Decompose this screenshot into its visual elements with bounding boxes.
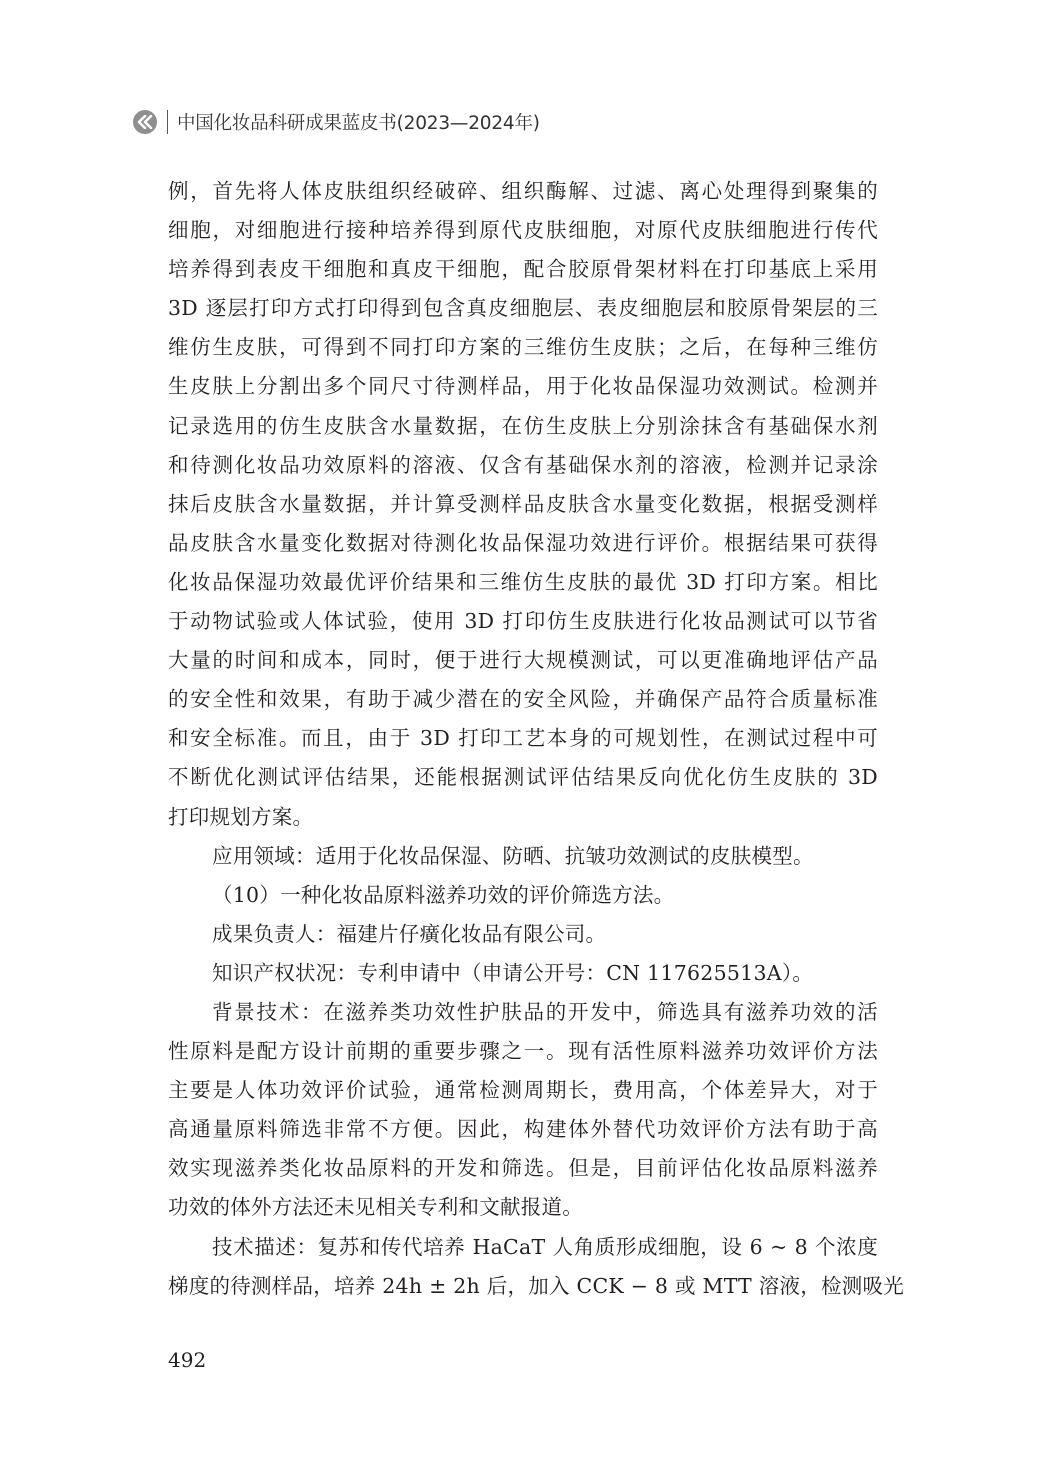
- body-text: 例，首先将人体皮肤组织经破碎、组织酶解、过滤、离心处理得到聚集的 细胞，对细胞进…: [168, 172, 878, 1306]
- text-line: 主要是人体功效评价试验，通常检测周期长，费用高，个体差异大，对于: [168, 1071, 878, 1110]
- text-line: 性原料是配方设计前期的重要步骤之一。现有活性原料滋养功效评价方法: [168, 1032, 878, 1071]
- text-line: 生皮肤上分割出多个同尺寸待测样品，用于化妆品保湿功效测试。检测并: [168, 367, 878, 406]
- text-line: 效实现滋养类化妆品原料的开发和筛选。但是，目前评估化妆品原料滋养: [168, 1149, 878, 1188]
- responsible-party: 成果负责人：福建片仔癀化妆品有限公司。: [168, 915, 878, 954]
- text-line: 和安全标准。而且，由于 3D 打印工艺本身的可规划性，在测试过程中可: [168, 719, 878, 758]
- text-line: 3D 逐层打印方式打印得到包含真皮细胞层、表皮细胞层和胶原骨架层的三: [168, 289, 878, 328]
- text-line: 于动物试验或人体试验，使用 3D 打印仿生皮肤进行化妆品测试可以节省: [168, 602, 878, 641]
- text-line: 例，首先将人体皮肤组织经破碎、组织酶解、过滤、离心处理得到聚集的: [168, 172, 878, 211]
- application-field: 应用领域：适用于化妆品保湿、防晒、抗皱功效测试的皮肤模型。: [168, 837, 878, 876]
- text-line: 的安全性和效果，有助于减少潜在的安全风险，并确保产品符合质量标准: [168, 680, 878, 719]
- text-line: 大量的时间和成本，同时，便于进行大规模测试，可以更准确地评估产品: [168, 641, 878, 680]
- text-line: 记录选用的仿生皮肤含水量数据，在仿生皮肤上分别涂抹含有基础保水剂: [168, 407, 878, 446]
- running-header: 中国化妆品科研成果蓝皮书(2023—2024年): [133, 108, 540, 136]
- text-line: 维仿生皮肤，可得到不同打印方案的三维仿生皮肤；之后，在每种三维仿: [168, 328, 878, 367]
- text-line: 梯度的待测样品，培养 24h ± 2h 后，加入 CCK − 8 或 MTT 溶…: [168, 1267, 878, 1306]
- header-divider: [167, 110, 168, 134]
- text-line: 化妆品保湿功效最优评价结果和三维仿生皮肤的最优 3D 打印方案。相比: [168, 563, 878, 602]
- text-line: 细胞，对细胞进行接种培养得到原代皮肤细胞，对原代皮肤细胞进行传代: [168, 211, 878, 250]
- text-line: 高通量原料筛选非常不方便。因此，构建体外替代功效评价方法有助于高: [168, 1110, 878, 1149]
- text-line: 和待测化妆品功效原料的溶液、仅含有基础保水剂的溶液，检测并记录涂: [168, 446, 878, 485]
- item-heading: （10）一种化妆品原料滋养功效的评价筛选方法。: [168, 876, 878, 915]
- text-line: 打印规划方案。: [168, 798, 878, 837]
- text-line: 背景技术：在滋养类功效性护肤品的开发中，筛选具有滋养功效的活: [168, 993, 878, 1032]
- text-line: 功效的体外方法还未见相关专利和文献报道。: [168, 1188, 878, 1227]
- text-line: 品皮肤含水量变化数据对待测化妆品保湿功效进行评价。根据结果可获得: [168, 524, 878, 563]
- text-line: 培养得到表皮干细胞和真皮干细胞，配合胶原骨架材料在打印基底上采用: [168, 250, 878, 289]
- double-chevron-left-icon: [133, 110, 157, 134]
- text-line: 抹后皮肤含水量数据，并计算受测样品皮肤含水量变化数据，根据受测样: [168, 485, 878, 524]
- ip-status: 知识产权状况：专利申请中（申请公开号：CN 117625513A）。: [168, 954, 878, 993]
- book-title: 中国化妆品科研成果蓝皮书(2023—2024年): [177, 109, 540, 135]
- page-number: 492: [168, 1348, 206, 1372]
- text-line: 技术描述：复苏和传代培养 HaCaT 人角质形成细胞，设 6 ~ 8 个浓度: [168, 1228, 878, 1267]
- text-line: 不断优化测试评估结果，还能根据测试评估结果反向优化仿生皮肤的 3D: [168, 758, 878, 797]
